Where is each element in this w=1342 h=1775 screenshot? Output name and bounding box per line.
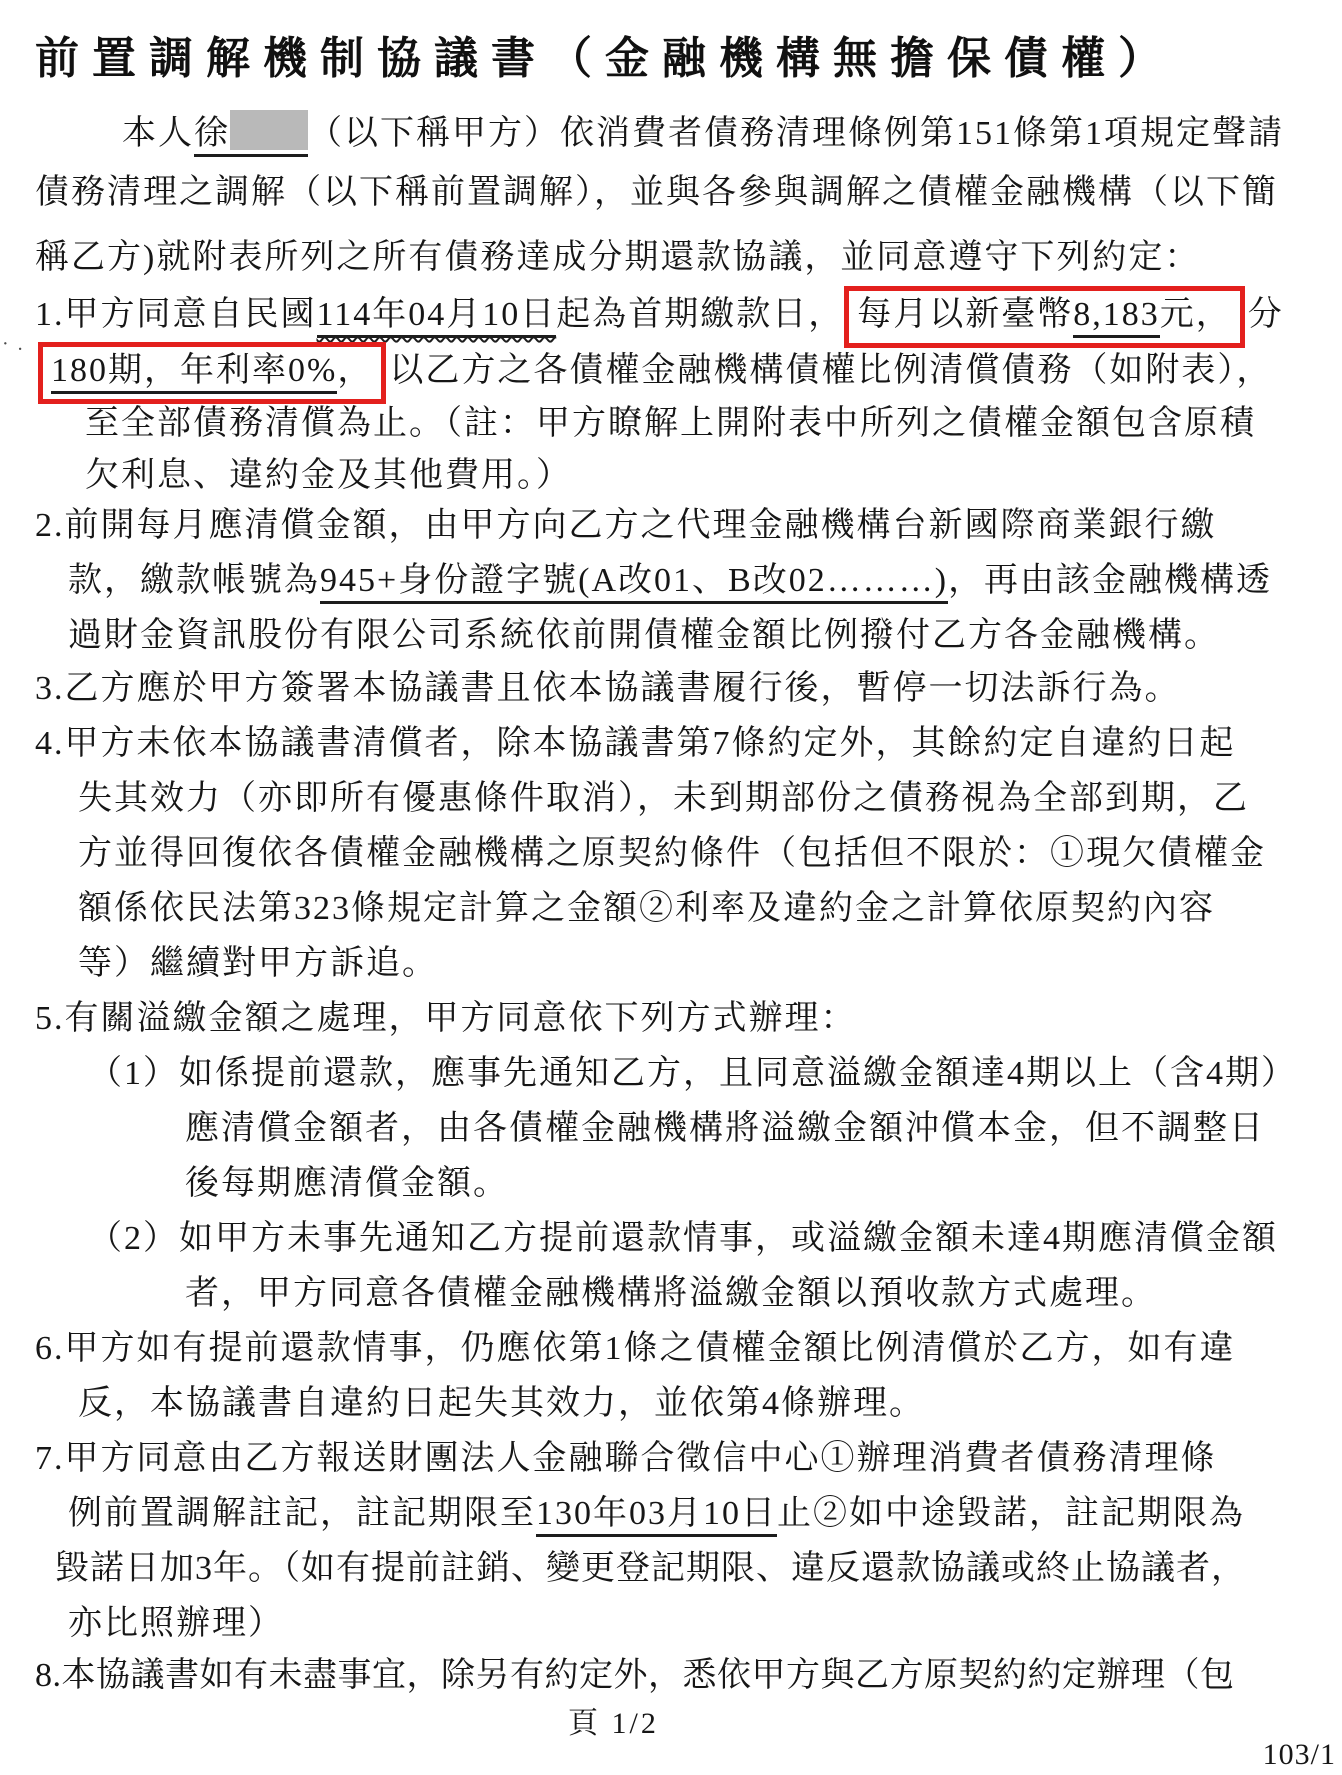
item-4-line-1: 4.甲方未依本協議書清償者，除本協議書第7條約定外，其餘約定自違約日起 (35, 723, 1236, 766)
item-5-sub2-line-2: 者，甲方同意各債權金融機構將溢繳金額以預收款方式處理。 (185, 1273, 1157, 1316)
item-5-line-1: 5.有關溢繳金額之處理，甲方同意依下列方式辦理： (35, 998, 857, 1041)
highlight-box: 180期，年利率0%， (38, 342, 386, 404)
item-4-line-5: 等）繼續對甲方訴追。 (78, 943, 438, 986)
text-segment: 例前置調解註記，註記期限至 (68, 1495, 536, 1532)
item-7-line-3: 毀諾日加3年。（如有提前註銷、變更登記期限、違反還款協議或終止協議者， (55, 1548, 1246, 1591)
text-segment: 等）繼續對甲方訴追。 (78, 945, 438, 982)
text-segment: 114年04月10日 (317, 296, 557, 338)
item-4-line-2: 失其效力（亦即所有優惠條件取消），未到期部份之債務視為全部到期，乙 (78, 778, 1249, 821)
text-segment: 方並得回復依各債權金融機構之原契約條件（包括但不限於：①現欠債權金 (78, 835, 1266, 872)
text-segment: 3.乙方應於甲方簽署本協議書且依本協議書履行後，暫停一切法訴行為。 (35, 670, 1181, 707)
text-segment: 反，本協議書自違約日起失其效力，並依第4條辦理。 (78, 1385, 925, 1422)
text-segment: 以乙方之各債權金融機構債權比例清償債務（如附表）， (389, 352, 1272, 389)
text-segment: （1）如係提前還款，應事先通知乙方，且同意溢繳金額達4期以上（含4期） (88, 1055, 1297, 1092)
text-segment: （以下稱甲方）依消費者債務清理條例第151條第1項規定聲請 (308, 115, 1284, 152)
text-segment: 後每期應清償金額。 (185, 1165, 509, 1202)
item-1-line-1: 1.甲方同意自民國114年04月10日起為首期繳款日，每月以新臺幣8,183元，… (35, 294, 1284, 338)
item-4-line-4: 額係依民法第323條規定計算之金額②利率及違約金之計算依原契約內容 (78, 888, 1215, 931)
noise-dots: · . (2, 333, 25, 355)
text-segment: 款，繳款帳號為 (68, 562, 320, 599)
text-segment: 者，甲方同意各債權金融機構將溢繳金額以預收款方式處理。 (185, 1275, 1157, 1312)
text-segment: 起為首期繳款日， (556, 296, 844, 333)
text-segment: 4.甲方未依本協議書清償者，除本協議書第7條約定外，其餘約定自違約日起 (35, 725, 1236, 762)
text-segment: 8,183 (1073, 296, 1160, 338)
text-segment: 6.甲方如有提前還款情事，仍應依第1條之債權金額比例清償於乙方，如有違 (35, 1330, 1236, 1367)
text-segment: 本人 (122, 115, 194, 152)
item-1-line-4: 欠利息、違約金及其他費用。） (85, 455, 572, 498)
highlight-box: 每月以新臺幣8,183元， (844, 286, 1245, 348)
text-segment: 2.前開每月應清償金額，由甲方向乙方之代理金融機構台新國際商業銀行繳 (35, 507, 1217, 544)
text-segment: 失其效力（亦即所有優惠條件取消），未到期部份之債務視為全部到期，乙 (78, 780, 1249, 817)
item-5-sub1-line-3: 後每期應清償金額。 (185, 1163, 509, 1206)
item-7-line-4: 亦比照辦理） (68, 1603, 284, 1646)
intro-line-1: 本人徐（以下稱甲方）依消費者債務清理條例第151條第1項規定聲請 (122, 110, 1284, 156)
intro-line-3: 稱乙方)就附表所列之所有債務達成分期還款協議，並同意遵守下列約定： (35, 237, 1200, 280)
underline-group: 徐 (194, 115, 308, 157)
item-5-sub1-line-2: 應清償金額者，由各債權金融機構將溢繳金額沖償本金，但不調整日 (185, 1108, 1265, 1151)
text-segment: 應清償金額者，由各債權金融機構將溢繳金額沖償本金，但不調整日 (185, 1110, 1265, 1147)
intro-line-2: 債務清理之調解（以下稱前置調解），並與各參與調解之債權金融機構（以下簡 (35, 172, 1278, 215)
text-segment: 至全部債務清償為止。（註：甲方瞭解上開附表中所列之債權金額包含原積 (85, 405, 1256, 442)
text-segment: 過財金資訊股份有限公司系統依前開債權金額比例撥付乙方各金融機構。 (68, 617, 1220, 654)
page-number: 頁 1/2 (568, 1698, 659, 1742)
text-segment: 每月以新臺幣 (857, 296, 1073, 333)
text-segment: ，再由該金融機構透 (948, 562, 1272, 599)
page-title: 前置調解機制協議書（金融機構無擔保債權） (35, 22, 1175, 86)
item-1-line-2: 180期，年利率0%，以乙方之各債權金融機構債權比例清償債務（如附表）， (38, 350, 1272, 394)
text-segment: 945+身份證字號(A改01、B改02………) (320, 562, 948, 604)
item-4-line-3: 方並得回復依各債權金融機構之原契約條件（包括但不限於：①現欠債權金 (78, 833, 1266, 876)
text-segment: 1.甲方同意自民國 (35, 296, 317, 333)
redaction-box (230, 110, 308, 150)
text-segment: 止②如中途毀諾，註記期限為 (777, 1495, 1245, 1532)
item-6-line-1: 6.甲方如有提前還款情事，仍應依第1條之債權金額比例清償於乙方，如有違 (35, 1328, 1236, 1371)
text-segment: 7.甲方同意由乙方報送財團法人金融聯合徵信中心①辦理消費者債務清理條 (35, 1440, 1217, 1477)
item-2-line-2: 款，繳款帳號為945+身份證字號(A改01、B改02………)，再由該金融機構透 (68, 560, 1272, 603)
text-segment: 稱乙方)就附表所列之所有債務達成分期還款協議，並同意遵守下列約定： (35, 239, 1200, 276)
doc-code: 103/1 (1263, 1738, 1336, 1772)
text-segment: ， (337, 352, 373, 389)
item-3-line-1: 3.乙方應於甲方簽署本協議書且依本協議書履行後，暫停一切法訴行為。 (35, 668, 1181, 711)
item-2-line-3: 過財金資訊股份有限公司系統依前開債權金額比例撥付乙方各金融機構。 (68, 615, 1220, 658)
item-7-line-1: 7.甲方同意由乙方報送財團法人金融聯合徵信中心①辦理消費者債務清理條 (35, 1438, 1217, 1481)
item-8-line-1: 8.本協議書如有未盡事宜，除另有約定外，悉依甲方與乙方原契約約定辦理（包 (35, 1655, 1235, 1698)
text-segment: 5.有關溢繳金額之處理，甲方同意依下列方式辦理： (35, 1000, 857, 1037)
text-segment: 額係依民法第323條規定計算之金額②利率及違約金之計算依原契約內容 (78, 890, 1215, 927)
item-7-line-2: 例前置調解註記，註記期限至130年03月10日止②如中途毀諾，註記期限為 (68, 1493, 1245, 1536)
text-segment: 毀諾日加3年。（如有提前註銷、變更登記期限、違反還款協議或終止協議者， (55, 1550, 1246, 1587)
document-page: 前置調解機制協議書（金融機構無擔保債權） 本人徐（以下稱甲方）依消費者債務清理條… (0, 0, 1342, 1775)
text-segment: 8.本協議書如有未盡事宜，除另有約定外，悉依甲方與乙方原契約約定辦理（包 (35, 1657, 1235, 1694)
text-segment: （2）如甲方未事先通知乙方提前還款情事，或溢繳金額未達4期應清償金額 (88, 1220, 1278, 1257)
text-segment: 元， (1160, 296, 1232, 333)
text-segment: 亦比照辦理） (68, 1605, 284, 1642)
text-segment: 分 (1248, 296, 1284, 333)
text-segment: 180期，年利率0% (51, 352, 337, 394)
text-segment: 債務清理之調解（以下稱前置調解），並與各參與調解之債權金融機構（以下簡 (35, 174, 1278, 211)
item-1-line-3: 至全部債務清償為止。（註：甲方瞭解上開附表中所列之債權金額包含原積 (85, 403, 1256, 446)
item-5-sub2-line-1: （2）如甲方未事先通知乙方提前還款情事，或溢繳金額未達4期應清償金額 (88, 1218, 1278, 1261)
item-2-line-1: 2.前開每月應清償金額，由甲方向乙方之代理金融機構台新國際商業銀行繳 (35, 505, 1217, 548)
scan-artifact: · . (2, 332, 25, 357)
text-segment: 130年03月10日 (536, 1495, 777, 1537)
item-6-line-2: 反，本協議書自違約日起失其效力，並依第4條辦理。 (78, 1383, 925, 1426)
text-segment: 徐 (194, 115, 230, 152)
text-segment: 欠利息、違約金及其他費用。） (85, 457, 572, 494)
item-5-sub1-line-1: （1）如係提前還款，應事先通知乙方，且同意溢繳金額達4期以上（含4期） (88, 1053, 1297, 1096)
